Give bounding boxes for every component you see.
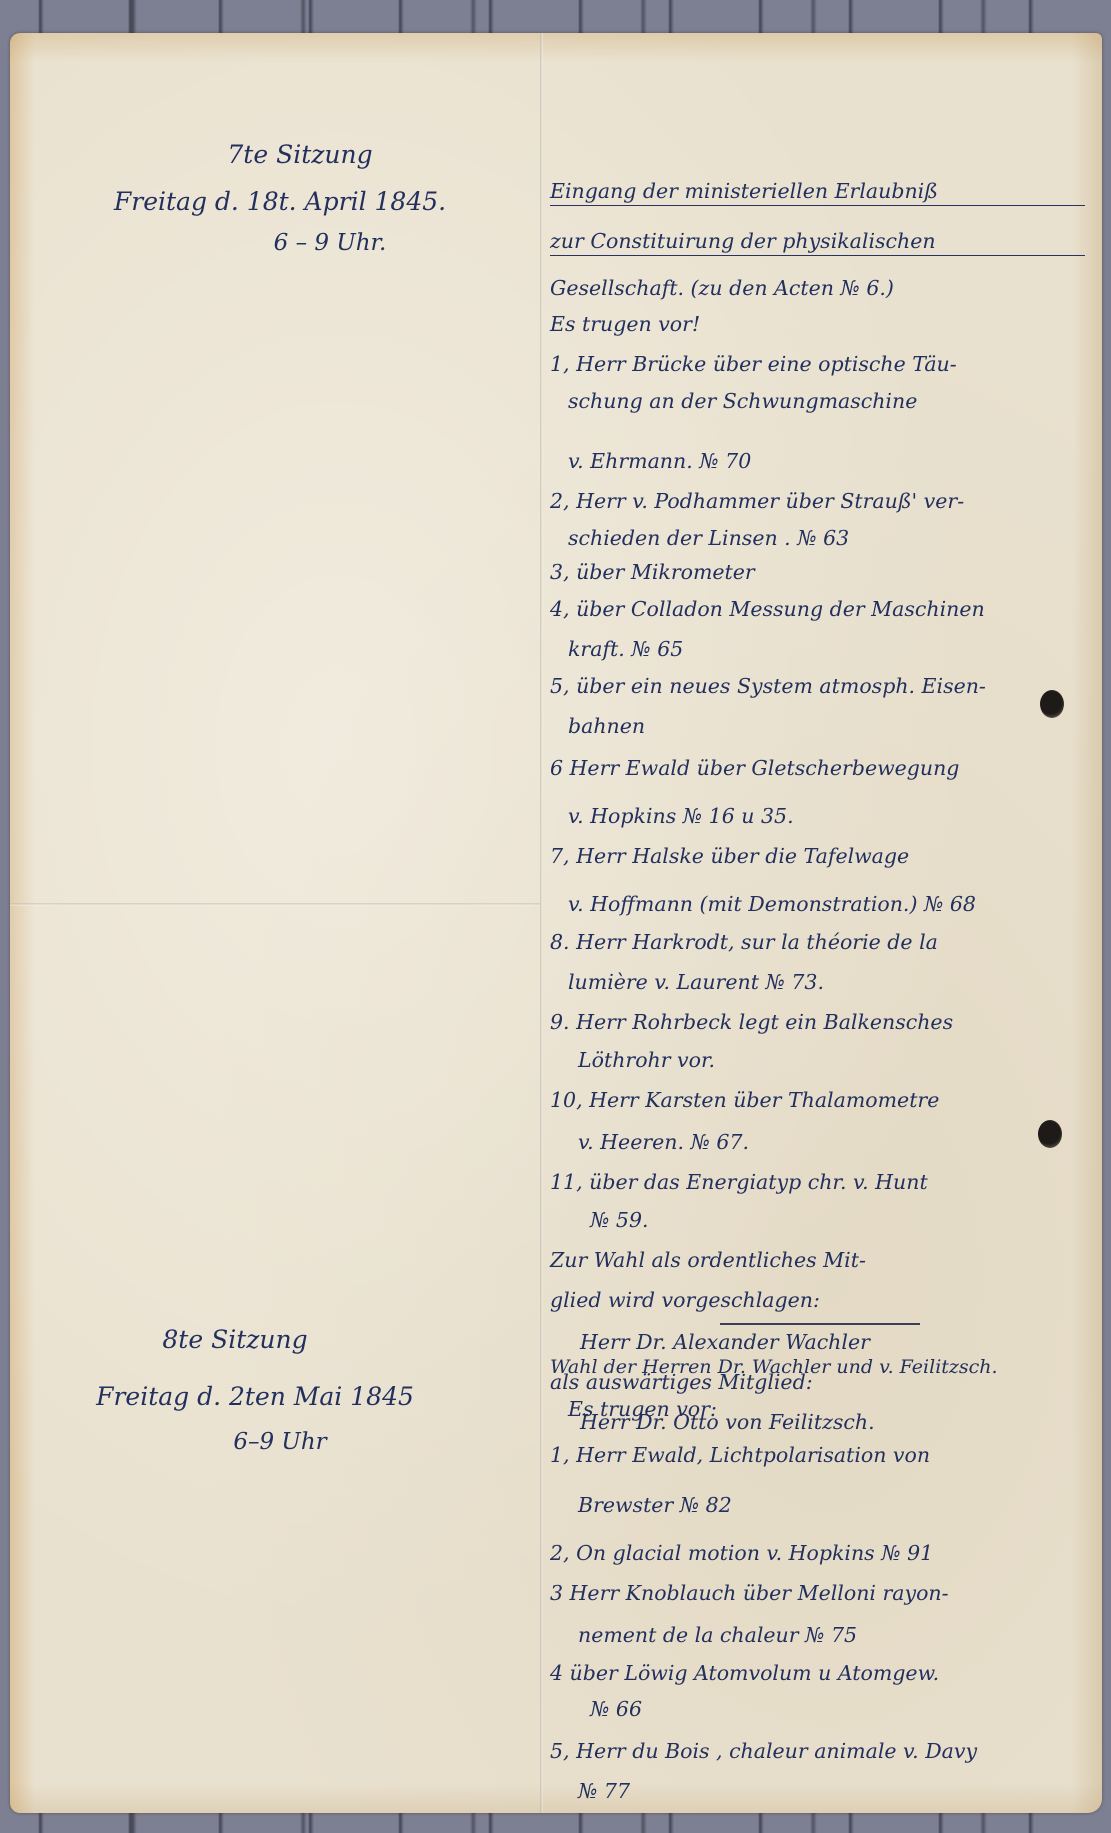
- minutes-item: 1, Herr Brücke über eine optische Täu-: [550, 338, 1085, 378]
- minutes-line: Löthrohr vor.: [550, 1036, 1085, 1074]
- minutes-line: lumière v. Laurent № 73.: [550, 956, 1085, 996]
- minutes-line: kraft. № 65: [550, 623, 1085, 663]
- minutes-item: 4, über Colladon Messung der Maschinen: [550, 586, 1085, 623]
- minutes-line: Brewster № 82: [550, 1469, 1085, 1519]
- section-divider: [720, 1323, 920, 1325]
- minutes-line: v. Heeren. № 67.: [550, 1114, 1085, 1156]
- minutes-item: 2, On glacial motion v. Hopkins № 91: [550, 1519, 1085, 1567]
- minutes-line: schung an der Schwungmaschine: [550, 378, 1085, 415]
- minutes-line: № 77: [550, 1765, 1085, 1805]
- session8-minutes: Wahl der Herren Dr. Wachler und v. Feili…: [550, 1335, 1085, 1805]
- minutes-line: Eingang der ministeriellen Erlaubniß: [550, 158, 1085, 206]
- minutes-line: Es trugen vor:: [550, 1381, 1085, 1423]
- minutes-item: 7, Herr Halske über die Tafelwage: [550, 830, 1085, 870]
- nomination-line: glied wird vorgeschlagen:: [550, 1274, 1085, 1314]
- session8-header: 8te Sitzung Freitag d. 2ten Mai 1845 6–9…: [65, 1325, 445, 1455]
- minutes-item: 1, Herr Ewald, Lichtpolarisation von: [550, 1423, 1085, 1469]
- minutes-item: 5, Herr du Bois , chaleur animale v. Dav…: [550, 1723, 1085, 1765]
- election-line: Wahl der Herren Dr. Wachler und v. Feili…: [550, 1335, 1085, 1381]
- minutes-item: 5, über ein neues System atmosph. Eisen-: [550, 663, 1085, 700]
- minutes-line: Es trugen vor!: [550, 302, 1085, 338]
- minutes-line: № 66: [550, 1687, 1085, 1723]
- vertical-fold-crease: [540, 33, 543, 1813]
- minutes-line: Gesellschaft. (zu den Acten № 6.): [550, 256, 1085, 302]
- minutes-line: bahnen: [550, 700, 1085, 740]
- minutes-item: 10, Herr Karsten über Thalamometre: [550, 1074, 1085, 1114]
- minutes-line: № 59.: [550, 1196, 1085, 1234]
- minutes-item: 4 über Löwig Atomvolum u Atomgew.: [550, 1649, 1085, 1687]
- minutes-line: nement de la chaleur № 75: [550, 1607, 1085, 1649]
- session7-heading: 7te Sitzung: [130, 140, 470, 169]
- session7-time: 6 – 9 Uhr.: [190, 230, 470, 256]
- nomination-line: Zur Wahl als ordentliches Mit-: [550, 1234, 1085, 1274]
- minutes-item: 3 Herr Knoblauch über Melloni rayon-: [550, 1567, 1085, 1607]
- session8-heading: 8te Sitzung: [25, 1325, 445, 1354]
- minutes-item: 2, Herr v. Podhammer über Strauß' ver-: [550, 475, 1085, 515]
- session7-header: 7te Sitzung Freitag d. 18t. April 1845. …: [90, 140, 470, 256]
- minutes-item: 8. Herr Harkrodt, sur la théorie de la: [550, 918, 1085, 956]
- session7-minutes: Eingang der ministeriellen Erlaubniß zur…: [550, 158, 1085, 1436]
- minutes-line: v. Ehrmann. № 70: [550, 415, 1085, 475]
- session8-time: 6–9 Uhr: [115, 1429, 445, 1455]
- minutes-item: 3, über Mikrometer: [550, 552, 1085, 586]
- minutes-item: 11, über das Energiatyp chr. v. Hunt: [550, 1156, 1085, 1196]
- minutes-line: v. Hopkins № 16 u 35.: [550, 782, 1085, 830]
- minutes-item: 9. Herr Rohrbeck legt ein Balkensches: [550, 996, 1085, 1036]
- minutes-line: zur Constituirung der physikalischen: [550, 206, 1085, 256]
- minutes-line: schieden der Linsen . № 63: [550, 515, 1085, 552]
- minutes-item: 6 Herr Ewald über Gletscherbewegung: [550, 740, 1085, 782]
- minutes-line: v. Hoffmann (mit Demonstration.) № 68: [550, 870, 1085, 918]
- horizontal-fold-crease: [10, 903, 540, 906]
- session7-date: Freitag d. 18t. April 1845.: [90, 187, 470, 216]
- session8-date: Freitag d. 2ten Mai 1845: [65, 1382, 445, 1411]
